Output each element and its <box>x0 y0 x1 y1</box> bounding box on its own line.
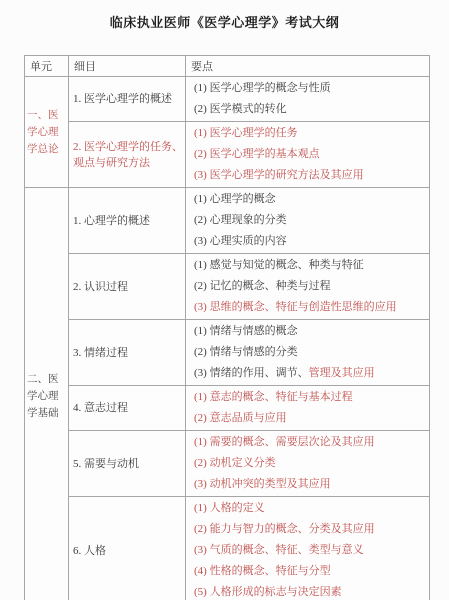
point-segment: (4) 性格的概念、特征与分型 <box>194 565 331 577</box>
detail-cell: 2. 认识过程 <box>69 254 186 320</box>
point-segment: (1) 医学心理学的概念与性质 <box>194 82 331 94</box>
point-segment: (1) 人格的定义 <box>194 502 265 514</box>
point-line: (4) 性格的概念、特征与分型 <box>194 561 426 582</box>
detail-cell: 6. 人格 <box>69 497 186 600</box>
point-segment: (1) 意志的概念、特征与基本过程 <box>194 391 353 403</box>
point-segment: 管理及其应用 <box>309 367 375 379</box>
exam-syllabus-table: 单元 细目 要点 一、医学心理学总论1. 医学心理学的概述(1) 医学心理学的概… <box>24 55 430 600</box>
point-segment: (5) 人格形成的标志与决定因素 <box>194 586 342 598</box>
points-cell: (1) 需要的概念、需要层次论及其应用(2) 动机定义分类(3) 动机冲突的类型… <box>186 431 430 497</box>
points-cell: (1) 人格的定义(2) 能力与智力的概念、分类及其应用(3) 气质的概念、特征… <box>186 497 430 600</box>
point-line: (1) 需要的概念、需要层次论及其应用 <box>194 432 426 453</box>
point-segment: (3) 情绪的作用、调节、 <box>194 367 309 379</box>
point-line: (3) 动机冲突的类型及其应用 <box>194 474 426 495</box>
point-line: (1) 感觉与知觉的概念、种类与特征 <box>194 255 426 276</box>
point-line: (3) 医学心理学的研究方法及其应用 <box>194 165 426 186</box>
table-row: 一、医学心理学总论1. 医学心理学的概述(1) 医学心理学的概念与性质(2) 医… <box>25 77 430 122</box>
table-row: 3. 情绪过程(1) 情绪与情感的概念(2) 情绪与情感的分类(3) 情绪的作用… <box>25 320 430 386</box>
points-cell: (1) 心理学的概念(2) 心理现象的分类(3) 心理实质的内容 <box>186 188 430 254</box>
point-segment: (3) 动机冲突的类型及其应用 <box>194 478 331 490</box>
point-segment: (1) 感觉与知觉的概念、种类与特征 <box>194 259 364 271</box>
point-line: (2) 动机定义分类 <box>194 453 426 474</box>
point-segment: (1) 心理学的概念 <box>194 193 276 205</box>
point-segment: (3) 医学心理学的研究方法及其应用 <box>194 169 364 181</box>
table-row: 4. 意志过程(1) 意志的概念、特征与基本过程(2) 意志品质与应用 <box>25 386 430 431</box>
point-line: (1) 意志的概念、特征与基本过程 <box>194 387 426 408</box>
point-segment: (3) 思维的概念、特征与创造性思维的应用 <box>194 301 397 313</box>
point-line: (3) 情绪的作用、调节、管理及其应用 <box>194 363 426 384</box>
point-line: (1) 医学心理学的任务 <box>194 123 426 144</box>
header-cell-points: 要点 <box>186 56 430 77</box>
point-segment: (2) 意志品质与应用 <box>194 412 287 424</box>
unit-cell: 二、医学心理学基础 <box>25 188 69 600</box>
points-cell: (1) 意志的概念、特征与基本过程(2) 意志品质与应用 <box>186 386 430 431</box>
detail-cell: 3. 情绪过程 <box>69 320 186 386</box>
table-row: 6. 人格(1) 人格的定义(2) 能力与智力的概念、分类及其应用(3) 气质的… <box>25 497 430 600</box>
point-segment: (2) 能力与智力的概念、分类及其应用 <box>194 523 375 535</box>
points-cell: (1) 情绪与情感的概念(2) 情绪与情感的分类(3) 情绪的作用、调节、管理及… <box>186 320 430 386</box>
table-row: 2. 认识过程(1) 感觉与知觉的概念、种类与特征(2) 记忆的概念、种类与过程… <box>25 254 430 320</box>
header-cell-unit: 单元 <box>25 56 69 77</box>
point-line: (1) 医学心理学的概念与性质 <box>194 78 426 99</box>
point-line: (3) 思维的概念、特征与创造性思维的应用 <box>194 297 426 318</box>
point-line: (1) 情绪与情感的概念 <box>194 321 426 342</box>
point-segment: (1) 医学心理学的任务 <box>194 127 298 139</box>
table-header-row: 单元 细目 要点 <box>25 56 430 77</box>
point-line: (1) 心理学的概念 <box>194 189 426 210</box>
exam-table-body: 一、医学心理学总论1. 医学心理学的概述(1) 医学心理学的概念与性质(2) 医… <box>25 77 430 600</box>
points-cell: (1) 感觉与知觉的概念、种类与特征(2) 记忆的概念、种类与过程(3) 思维的… <box>186 254 430 320</box>
detail-cell: 4. 意志过程 <box>69 386 186 431</box>
point-line: (3) 心理实质的内容 <box>194 231 426 252</box>
point-line: (2) 能力与智力的概念、分类及其应用 <box>194 519 426 540</box>
point-line: (2) 情绪与情感的分类 <box>194 342 426 363</box>
point-line: (2) 医学模式的转化 <box>194 99 426 120</box>
table-row: 5. 需要与动机(1) 需要的概念、需要层次论及其应用(2) 动机定义分类(3)… <box>25 431 430 497</box>
point-line: (2) 记忆的概念、种类与过程 <box>194 276 426 297</box>
point-line: (2) 意志品质与应用 <box>194 408 426 429</box>
header-cell-detail: 细目 <box>69 56 186 77</box>
detail-cell: 2. 医学心理学的任务、观点与研究方法 <box>69 122 186 188</box>
table-row: 2. 医学心理学的任务、观点与研究方法(1) 医学心理学的任务(2) 医学心理学… <box>25 122 430 188</box>
point-segment: (1) 情绪与情感的概念 <box>194 325 298 337</box>
detail-cell: 1. 医学心理学的概述 <box>69 77 186 122</box>
point-line: (2) 心理现象的分类 <box>194 210 426 231</box>
points-cell: (1) 医学心理学的概念与性质(2) 医学模式的转化 <box>186 77 430 122</box>
point-segment: (2) 动机定义分类 <box>194 457 276 469</box>
points-cell: (1) 医学心理学的任务(2) 医学心理学的基本观点(3) 医学心理学的研究方法… <box>186 122 430 188</box>
unit-cell: 一、医学心理学总论 <box>25 77 69 188</box>
page-title: 临床执业医师《医学心理学》考试大纲 <box>0 12 449 31</box>
point-segment: (2) 心理现象的分类 <box>194 214 287 226</box>
point-segment: (1) 需要的概念、需要层次论及其应用 <box>194 436 375 448</box>
point-segment: (3) 气质的概念、特征、类型与意义 <box>194 544 364 556</box>
table-row: 二、医学心理学基础1. 心理学的概述(1) 心理学的概念(2) 心理现象的分类(… <box>25 188 430 254</box>
point-segment: (2) 情绪与情感的分类 <box>194 346 298 358</box>
point-line: (2) 医学心理学的基本观点 <box>194 144 426 165</box>
point-segment: (2) 医学心理学的基本观点 <box>194 148 320 160</box>
point-segment: (2) 记忆的概念、种类与过程 <box>194 280 331 292</box>
point-line: (3) 气质的概念、特征、类型与意义 <box>194 540 426 561</box>
detail-cell: 5. 需要与动机 <box>69 431 186 497</box>
detail-cell: 1. 心理学的概述 <box>69 188 186 254</box>
point-segment: (2) 医学模式的转化 <box>194 103 287 115</box>
point-line: (1) 人格的定义 <box>194 498 426 519</box>
point-line: (5) 人格形成的标志与决定因素 <box>194 582 426 600</box>
point-segment: (3) 心理实质的内容 <box>194 235 287 247</box>
